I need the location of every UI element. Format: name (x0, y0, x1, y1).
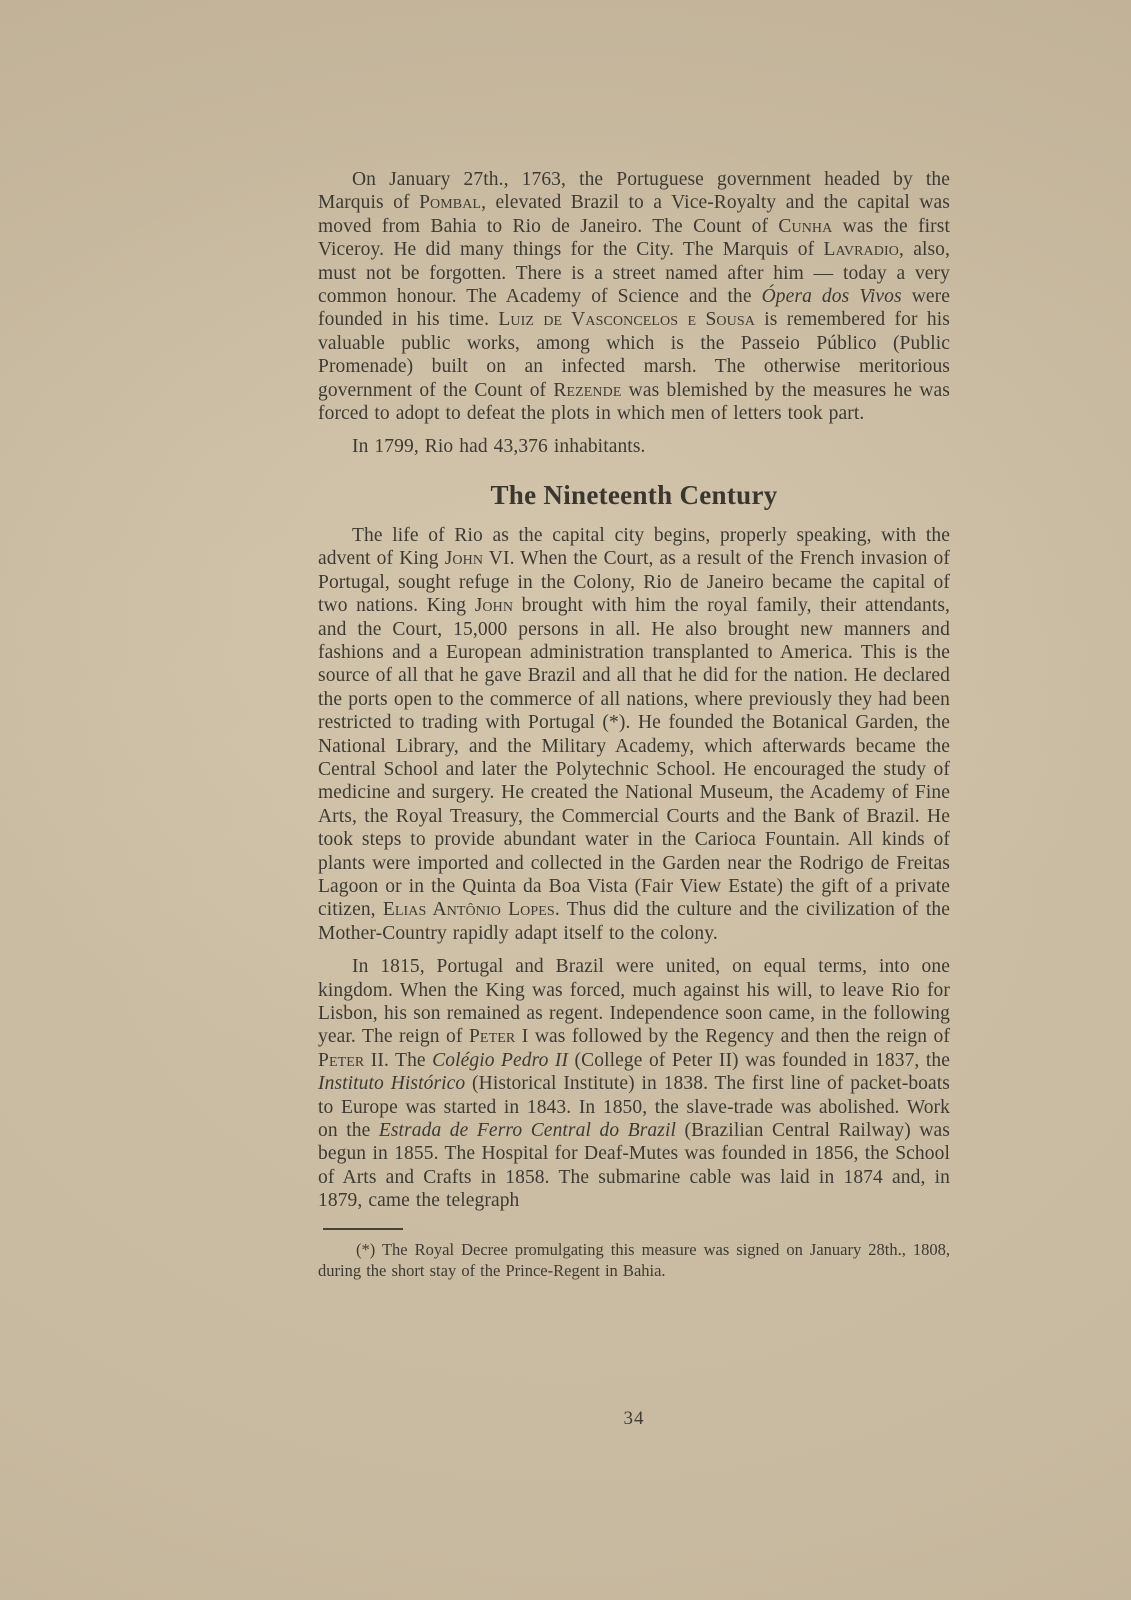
paragraph-4: In 1815, Portugal and Brazil were united… (318, 955, 950, 1212)
book-page: On January 27th., 1763, the Portuguese g… (0, 0, 1131, 1600)
page-number: 34 (318, 1408, 950, 1430)
text-block: On January 27th., 1763, the Portuguese g… (318, 168, 950, 1281)
footnote-text: (*) The Royal Decree promulgating this m… (318, 1239, 950, 1281)
footnote: (*) The Royal Decree promulgating this m… (318, 1228, 950, 1281)
paragraph-2-population: In 1799, Rio had 43,376 inhabitants. (318, 435, 950, 458)
section-heading: The Nineteenth Century (318, 480, 950, 511)
footnote-rule (323, 1228, 403, 1230)
paragraph-1: On January 27th., 1763, the Portuguese g… (318, 168, 950, 425)
paragraph-3: The life of Rio as the capital city begi… (318, 524, 950, 945)
